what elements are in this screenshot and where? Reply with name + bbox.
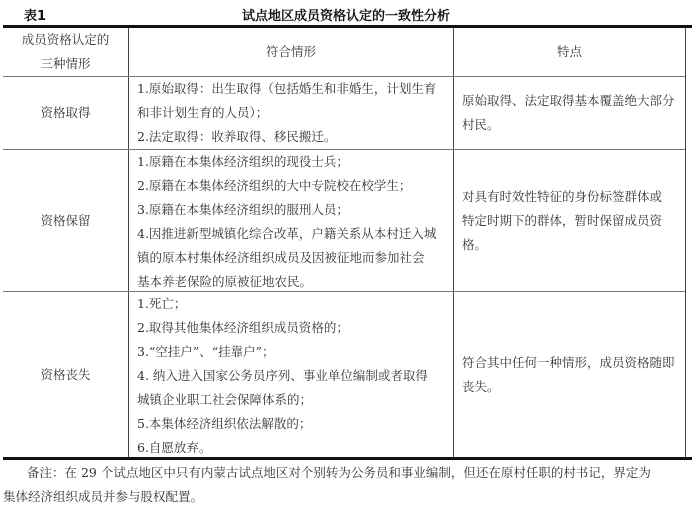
condition-item: 3.原籍在本集体经济组织的服刑人员； <box>137 198 453 222</box>
condition-item: 1.原始取得：出生取得（包括婚生和非婚生，计划生育 <box>137 77 453 101</box>
condition-item: 镇的原本村集体经济组织成员及因被征地而参加社会 <box>137 246 453 270</box>
condition-item: 2.取得其他集体经济组织成员资格的； <box>137 316 453 340</box>
row-1-features: 原始取得、法定取得基本覆盖绝大部分 村民。 <box>454 77 685 149</box>
table-note: 备注：在 29 个试点地区中只有内蒙古试点地区对个别转为公务员和事业编制，但还在… <box>3 461 689 509</box>
feature-line: 村民。 <box>462 113 500 137</box>
header-line-2: 三种情形 <box>40 52 90 76</box>
condition-item: 3.“空挂户”、“挂靠户”； <box>137 340 453 364</box>
condition-item: 6.自愿放弃。 <box>137 436 453 460</box>
feature-line: 对具有时效性特征的身份标签群体或 <box>462 185 662 209</box>
header-cell-features: 特点 <box>454 28 685 76</box>
header-cell-conditions: 符合情形 <box>129 28 453 76</box>
feature-line: 特定时期下的群体，暂时保留成员资 <box>462 209 662 233</box>
header-cell-category: 成员资格认定的 三种情形 <box>3 28 128 76</box>
row-1-conditions: 1.原始取得：出生取得（包括婚生和非婚生，计划生育 和非计划生育的人员）； 2.… <box>129 77 453 149</box>
header-line-1: 成员资格认定的 <box>22 28 110 52</box>
note-line-1: 备注：在 29 个试点地区中只有内蒙古试点地区对个别转为公务员和事业编制，但还在… <box>3 461 689 485</box>
row-3-conditions: 1.死亡； 2.取得其他集体经济组织成员资格的； 3.“空挂户”、“挂靠户”； … <box>129 292 453 457</box>
row-1-category: 资格取得 <box>3 77 128 149</box>
condition-item: 4.因推进新型城镇化综合改革，户籍关系从本村迁入城 <box>137 222 453 246</box>
feature-line: 原始取得、法定取得基本覆盖绝大部分 <box>462 89 675 113</box>
row-2-features: 对具有时效性特征的身份标签群体或 特定时期下的群体，暂时保留成员资 格。 <box>454 150 685 291</box>
condition-item: 2.原籍在本集体经济组织的大中专院校在校学生； <box>137 174 453 198</box>
condition-item: 1.原籍在本集体经济组织的现役士兵； <box>137 150 453 174</box>
condition-item: 4. 纳入进入国家公务员序列、事业单位编制或者取得 <box>137 364 453 388</box>
condition-item: 城镇企业职工社会保障体系的； <box>137 388 453 412</box>
condition-item: 基本养老保险的原被征地农民。 <box>137 270 453 294</box>
row-2-conditions: 1.原籍在本集体经济组织的现役士兵； 2.原籍在本集体经济组织的大中专院校在校学… <box>129 150 453 291</box>
feature-line: 格。 <box>462 233 487 257</box>
row-2-category: 资格保留 <box>3 150 128 291</box>
table-caption: 表1 试点地区成员资格认定的一致性分析 <box>0 0 692 26</box>
condition-item: 1.死亡； <box>137 292 453 316</box>
feature-line: 丧失。 <box>462 375 500 399</box>
row-3-category: 资格丧失 <box>3 292 128 457</box>
condition-item: 和非计划生育的人员）； <box>137 101 453 125</box>
row-3-features: 符合其中任何一种情形，成员资格随即 丧失。 <box>454 292 685 457</box>
note-line-2: 集体经济组织成员并参与股权配置。 <box>3 485 689 509</box>
condition-item: 5.本集体经济组织依法解散的； <box>137 412 453 436</box>
table-right-border <box>685 28 686 458</box>
condition-item: 2.法定取得：收养取得、移民搬迁。 <box>137 125 453 149</box>
table-title: 试点地区成员资格认定的一致性分析 <box>0 5 692 24</box>
feature-line: 符合其中任何一种情形，成员资格随即 <box>462 351 675 375</box>
